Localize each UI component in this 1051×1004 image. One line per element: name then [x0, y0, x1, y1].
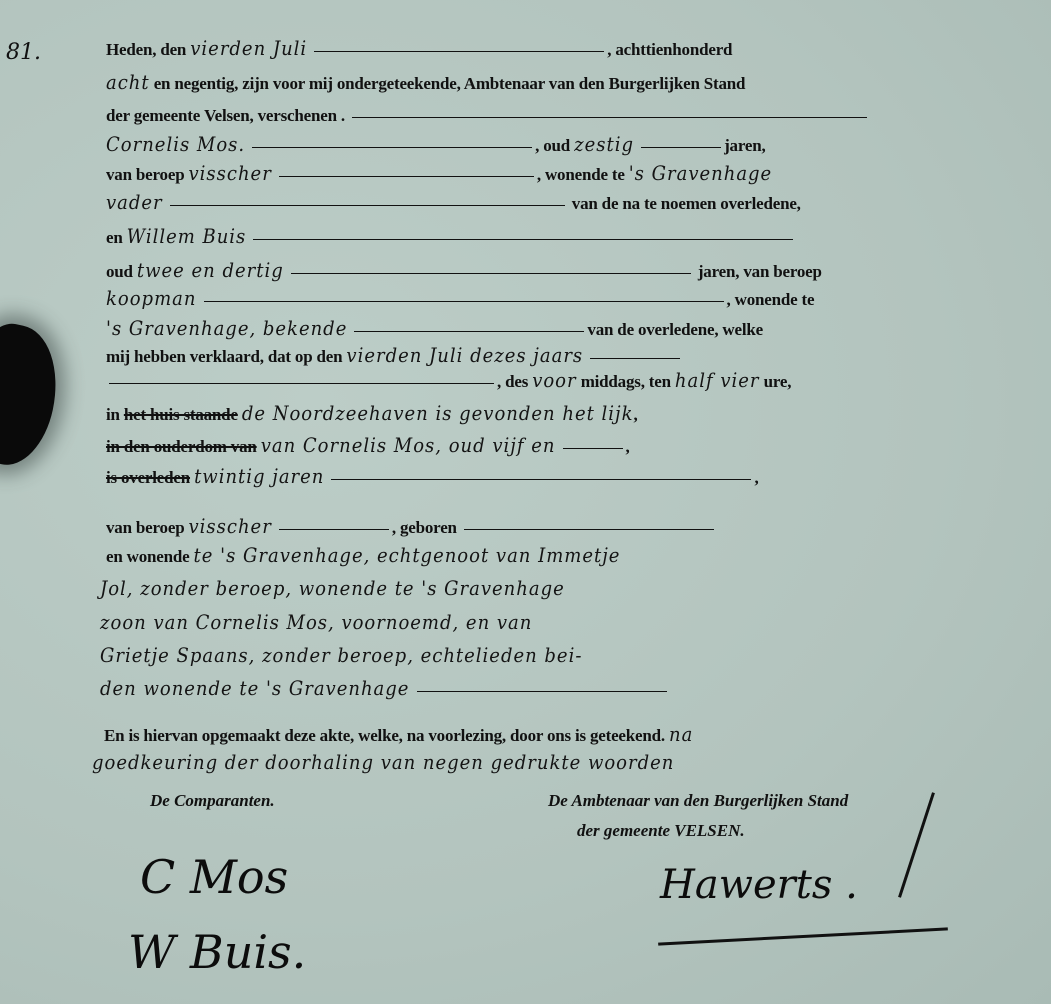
signature-w-buis: W Buis. — [128, 925, 306, 979]
comparanten-label: De Comparanten. — [150, 791, 275, 811]
line-15: is overleden twintig jaren , — [106, 466, 759, 488]
document-page: 81. Heden, den vierden Juli , achttienho… — [0, 0, 1051, 1004]
line-5: van beroep visscher , wonende te 's Grav… — [106, 163, 772, 185]
record-number: 81. — [6, 40, 41, 65]
gemeente-label: der gemeente VELSEN. — [577, 821, 745, 841]
line-17: en wonende te 's Gravenhage, echtgenoot … — [106, 545, 620, 567]
line-3: der gemeente Velsen, verschenen . — [106, 106, 870, 126]
line-9: koopman , wonende te — [106, 288, 814, 310]
line-14: in den ouderdom van van Cornelis Mos, ou… — [106, 435, 630, 457]
line-23: goedkeuring der doorhaling van negen ged… — [92, 752, 674, 774]
line-7: en Willem Buis — [106, 226, 796, 248]
signature-c-mos: C Mos — [140, 850, 288, 904]
line-20: Grietje Spaans, zonder beroep, echtelied… — [100, 645, 582, 667]
line-8: oud twee en dertig jaren, van beroep — [106, 260, 822, 282]
line-22: En is hiervan opgemaakt deze akte, welke… — [104, 724, 693, 746]
line-16: van beroep visscher , geboren — [106, 516, 717, 538]
ink-stain — [0, 318, 69, 473]
line-19: zoon van Cornelis Mos, voornoemd, en van — [100, 612, 532, 634]
line-10: 's Gravenhage, bekende van de overledene… — [106, 318, 763, 340]
line-18: Jol, zonder beroep, wonende te 's Graven… — [100, 578, 565, 600]
blank-rule — [314, 51, 604, 52]
line-1: Heden, den vierden Juli , achttienhonder… — [106, 38, 732, 60]
line-4: Cornelis Mos. , oud zestig jaren, — [106, 134, 766, 156]
signature-stroke — [898, 792, 935, 898]
line-11: mij hebben verklaard, dat op den vierden… — [106, 345, 683, 367]
ambtenaar-label: De Ambtenaar van den Burgerlijken Stand — [548, 791, 848, 811]
signature-underline — [658, 927, 948, 945]
line-21: den wonende te 's Gravenhage — [100, 678, 670, 700]
line-12: , des voor middags, ten half vier ure, — [106, 370, 791, 392]
line-2: acht en negentig, zijn voor mij onderget… — [106, 72, 745, 94]
line-13: in het huis staande de Noordzeehaven is … — [106, 403, 638, 425]
line-6: vader van de na te noemen overledene, — [106, 192, 801, 214]
signature-official: Hawerts . — [660, 862, 858, 908]
